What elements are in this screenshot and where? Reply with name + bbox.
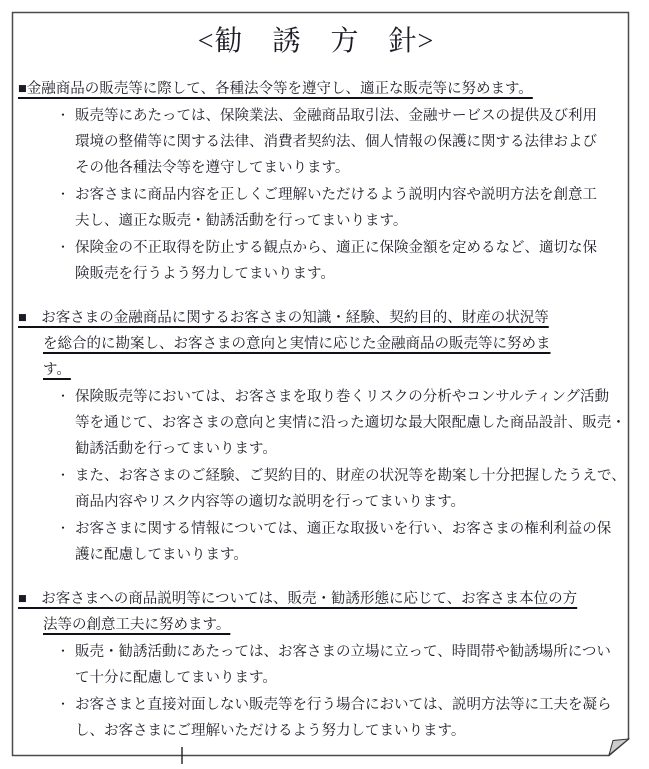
bullet-line: ・販売・勧誘活動にあたっては、お客さまの立場に立って、時間帯や勧誘場所につい (18, 638, 614, 665)
bullet-line: し、お客さまにご理解いただけるよう努力してまいります。 (18, 718, 614, 744)
bullet-marker-icon: ・ (57, 462, 75, 488)
bullet-item: ・お客さまに関する情報については、適正な取扱いを行い、お客さまの権利利益の保護に… (18, 515, 614, 568)
bullet-marker-icon: ・ (57, 383, 75, 409)
section-heading: ■ お客さまへの商品説明等については、販売・勧誘形態に応じて、お客さま本位の方法… (18, 586, 614, 638)
heading-text: 法等の創意工夫に努めます。 (43, 617, 230, 633)
document-sections: ■金融商品の販売等に際して、各種法令等を遵守し、適正な販売等に努めます。・販売等… (18, 76, 614, 744)
bullet-line: ・保険販売等においては、お客さまを取り巻くリスクの分析やコンサルティング活動 (18, 383, 614, 410)
bullet-line: 勧誘活動を行ってまいります。 (18, 436, 614, 462)
bullet-line: その他各種法令等を遵守してまいります。 (18, 155, 614, 181)
section-heading: ■ お客さまの金融商品に関するお客さまの知識・経験、契約目的、財産の状況等を総合… (18, 305, 614, 383)
section-heading: ■金融商品の販売等に際して、各種法令等を遵守し、適正な販売等に努めます。 (18, 76, 614, 102)
bullet-line: 護に配慮してまいります。 (18, 542, 614, 568)
bullet-line: 環境の整備等に関する法律、消費者契約法、個人情報の保護に関する法律および (18, 129, 614, 155)
document-content: <勧 誘 方 針> ■金融商品の販売等に際して、各種法令等を遵守し、適正な販売等… (18, 12, 614, 744)
bullet-marker-icon: ・ (57, 638, 75, 664)
bullet-line: ・販売等にあたっては、保険業法、金融商品取引法、金融サービスの提供及び利用 (18, 102, 614, 129)
bullet-text: また、お客さまのご経験、ご契約目的、財産の状況等を勘案し十分把握したうえで、 (75, 468, 626, 484)
bullet-text: お客さまに商品内容を正しくご理解いただけるよう説明内容や説明方法を創意工 (75, 187, 597, 203)
bullet-item: ・保険販売等においては、お客さまを取り巻くリスクの分析やコンサルティング活動等を… (18, 383, 614, 462)
heading-line: を総合的に勘案し、お客さまの意向と実情に応じた金融商品の販売等に努めま (18, 331, 614, 357)
bullet-line: て十分に配慮してまいります。 (18, 665, 614, 691)
bullet-item: ・保険金の不正取得を防止する観点から、適正に保険金額を定めるなど、適切な保険販売… (18, 234, 614, 287)
bullet-marker-icon: ・ (57, 691, 75, 717)
heading-text: ■ お客さまへの商品説明等については、販売・勧誘形態に応じて、お客さま本位の方 (18, 591, 577, 607)
bullet-item: ・また、お客さまのご経験、ご契約目的、財産の状況等を勘案し十分把握したうえで、商… (18, 462, 614, 515)
bullet-marker-icon: ・ (57, 102, 75, 128)
bullet-text: お客さまに関する情報については、適正な取扱いを行い、お客さまの権利利益の保 (75, 521, 611, 537)
heading-text: ■金融商品の販売等に際して、各種法令等を遵守し、適正な販売等に努めます。 (18, 81, 533, 97)
bullet-line: ・お客さまと直接対面しない販売等を行う場合においては、説明方法等に工夫を凝ら (18, 691, 614, 718)
heading-line: ■ お客さまの金融商品に関するお客さまの知識・経験、契約目的、財産の状況等 (18, 305, 614, 331)
bullet-item: ・販売・勧誘活動にあたっては、お客さまの立場に立って、時間帯や勧誘場所について十… (18, 638, 614, 691)
document-page: <勧 誘 方 針> ■金融商品の販売等に際して、各種法令等を遵守し、適正な販売等… (0, 0, 649, 769)
bullet-line: 等を通じて、お客さまの意向と実情に沿った適切な最大限配慮した商品設計、販売・ (18, 410, 614, 436)
bullet-text: お客さまと直接対面しない販売等を行う場合においては、説明方法等に工夫を凝ら (75, 697, 612, 713)
heading-text: を総合的に勘案し、お客さまの意向と実情に応じた金融商品の販売等に努めま (43, 336, 551, 352)
heading-text: ■ お客さまの金融商品に関するお客さまの知識・経験、契約目的、財産の状況等 (18, 310, 549, 326)
heading-line: ■金融商品の販売等に際して、各種法令等を遵守し、適正な販売等に努めます。 (18, 76, 614, 102)
bullet-line: ・また、お客さまのご経験、ご契約目的、財産の状況等を勘案し十分把握したうえで、 (18, 462, 614, 489)
heading-text: す。 (43, 362, 71, 378)
section-1: ■金融商品の販売等に際して、各種法令等を遵守し、適正な販売等に努めます。・販売等… (18, 76, 614, 287)
section-2: ■ お客さまの金融商品に関するお客さまの知識・経験、契約目的、財産の状況等を総合… (18, 305, 614, 568)
bullet-line: ・保険金の不正取得を防止する観点から、適正に保険金額を定めるなど、適切な保 (18, 234, 614, 261)
bullet-item: ・お客さまに商品内容を正しくご理解いただけるよう説明内容や説明方法を創意工夫し、… (18, 181, 614, 234)
bullet-text: 保険販売等においては、お客さまを取り巻くリスクの分析やコンサルティング活動 (75, 389, 609, 405)
section-3: ■ お客さまへの商品説明等については、販売・勧誘形態に応じて、お客さま本位の方法… (18, 586, 614, 744)
bullet-line: 商品内容やリスク内容等の適切な説明を行ってまいります。 (18, 489, 614, 515)
bullet-text: 保険金の不正取得を防止する観点から、適正に保険金額を定めるなど、適切な保 (75, 240, 597, 256)
bullet-item: ・販売等にあたっては、保険業法、金融商品取引法、金融サービスの提供及び利用環境の… (18, 102, 614, 181)
bullet-line: 夫し、適正な販売・勧誘活動を行ってまいります。 (18, 208, 614, 234)
bullet-marker-icon: ・ (57, 181, 75, 207)
bullet-marker-icon: ・ (57, 234, 75, 260)
bullet-line: 険販売を行うよう努力してまいります。 (18, 261, 614, 287)
heading-line: す。 (18, 357, 614, 383)
bullet-text: 販売等にあたっては、保険業法、金融商品取引法、金融サービスの提供及び利用 (75, 108, 597, 124)
heading-line: ■ お客さまへの商品説明等については、販売・勧誘形態に応じて、お客さま本位の方 (18, 586, 614, 612)
bullet-line: ・お客さまに商品内容を正しくご理解いただけるよう説明内容や説明方法を創意工 (18, 181, 614, 208)
bullet-item: ・お客さまと直接対面しない販売等を行う場合においては、説明方法等に工夫を凝らし、… (18, 691, 614, 744)
bullet-text: 販売・勧誘活動にあたっては、お客さまの立場に立って、時間帯や勧誘場所につい (75, 644, 611, 660)
page-title: <勧 誘 方 針> (18, 12, 614, 60)
heading-line: 法等の創意工夫に努めます。 (18, 612, 614, 638)
bullet-marker-icon: ・ (57, 515, 75, 541)
bullet-line: ・お客さまに関する情報については、適正な取扱いを行い、お客さまの権利利益の保 (18, 515, 614, 542)
